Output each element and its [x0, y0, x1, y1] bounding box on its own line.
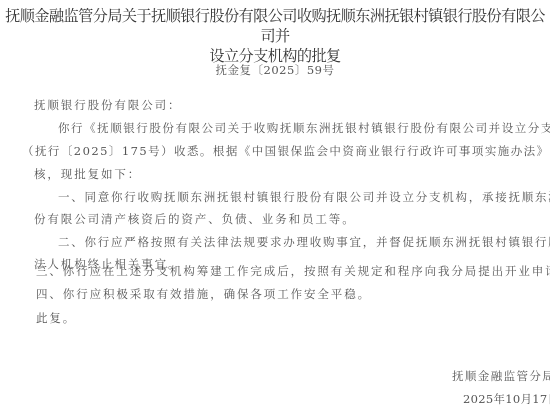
body-paragraph-1-line-3: 核，现批复如下： — [34, 166, 141, 182]
body-paragraph-1-line-2: （抚行〔2025〕175号）收悉。根据《中国银保监会中资商业银行行政许可事项实施… — [22, 143, 550, 159]
body-item-4: 四、你行应积极采取有效措施，确保各项工作安全平稳。 — [36, 286, 371, 302]
title-line-1: 抚顺金融监管分局关于抚顺银行股份有限公司收购抚顺东洲抚银村镇银行股份有限公司并 — [0, 6, 550, 46]
body-paragraph-1-line-1: 你行《抚顺银行股份有限公司关于收购抚顺东洲抚银村镇银行股份有限公司并设立分支机构… — [58, 120, 550, 136]
body-item-1-line-2: 份有限公司清产核资后的资产、负债、业务和员工等。 — [34, 211, 356, 227]
issue-date: 2025年10月17日 — [463, 391, 550, 407]
closing-remark: 此复。 — [36, 310, 76, 326]
document-number: 抚金复〔2025〕59号 — [0, 62, 550, 78]
body-item-2-line-1: 二、你行应严格按照有关法律法规要求办理收购事宜，并督促抚顺东洲抚银村镇银行股份有… — [58, 234, 550, 250]
body-item-3: 三、你行应在上述分支机构筹建工作完成后，按照有关规定和程序向我分局提出开业申请。 — [36, 263, 550, 279]
addressee: 抚顺银行股份有限公司： — [34, 97, 181, 113]
document-title: 抚顺金融监管分局关于抚顺银行股份有限公司收购抚顺东洲抚银村镇银行股份有限公司并 … — [0, 6, 550, 66]
body-item-1-line-1: 一、同意你行收购抚顺东洲抚银村镇银行股份有限公司并设立分支机构，承接抚顺东洲抚银… — [58, 189, 550, 205]
issuer-signature: 抚顺金融监管分局 — [452, 368, 550, 384]
